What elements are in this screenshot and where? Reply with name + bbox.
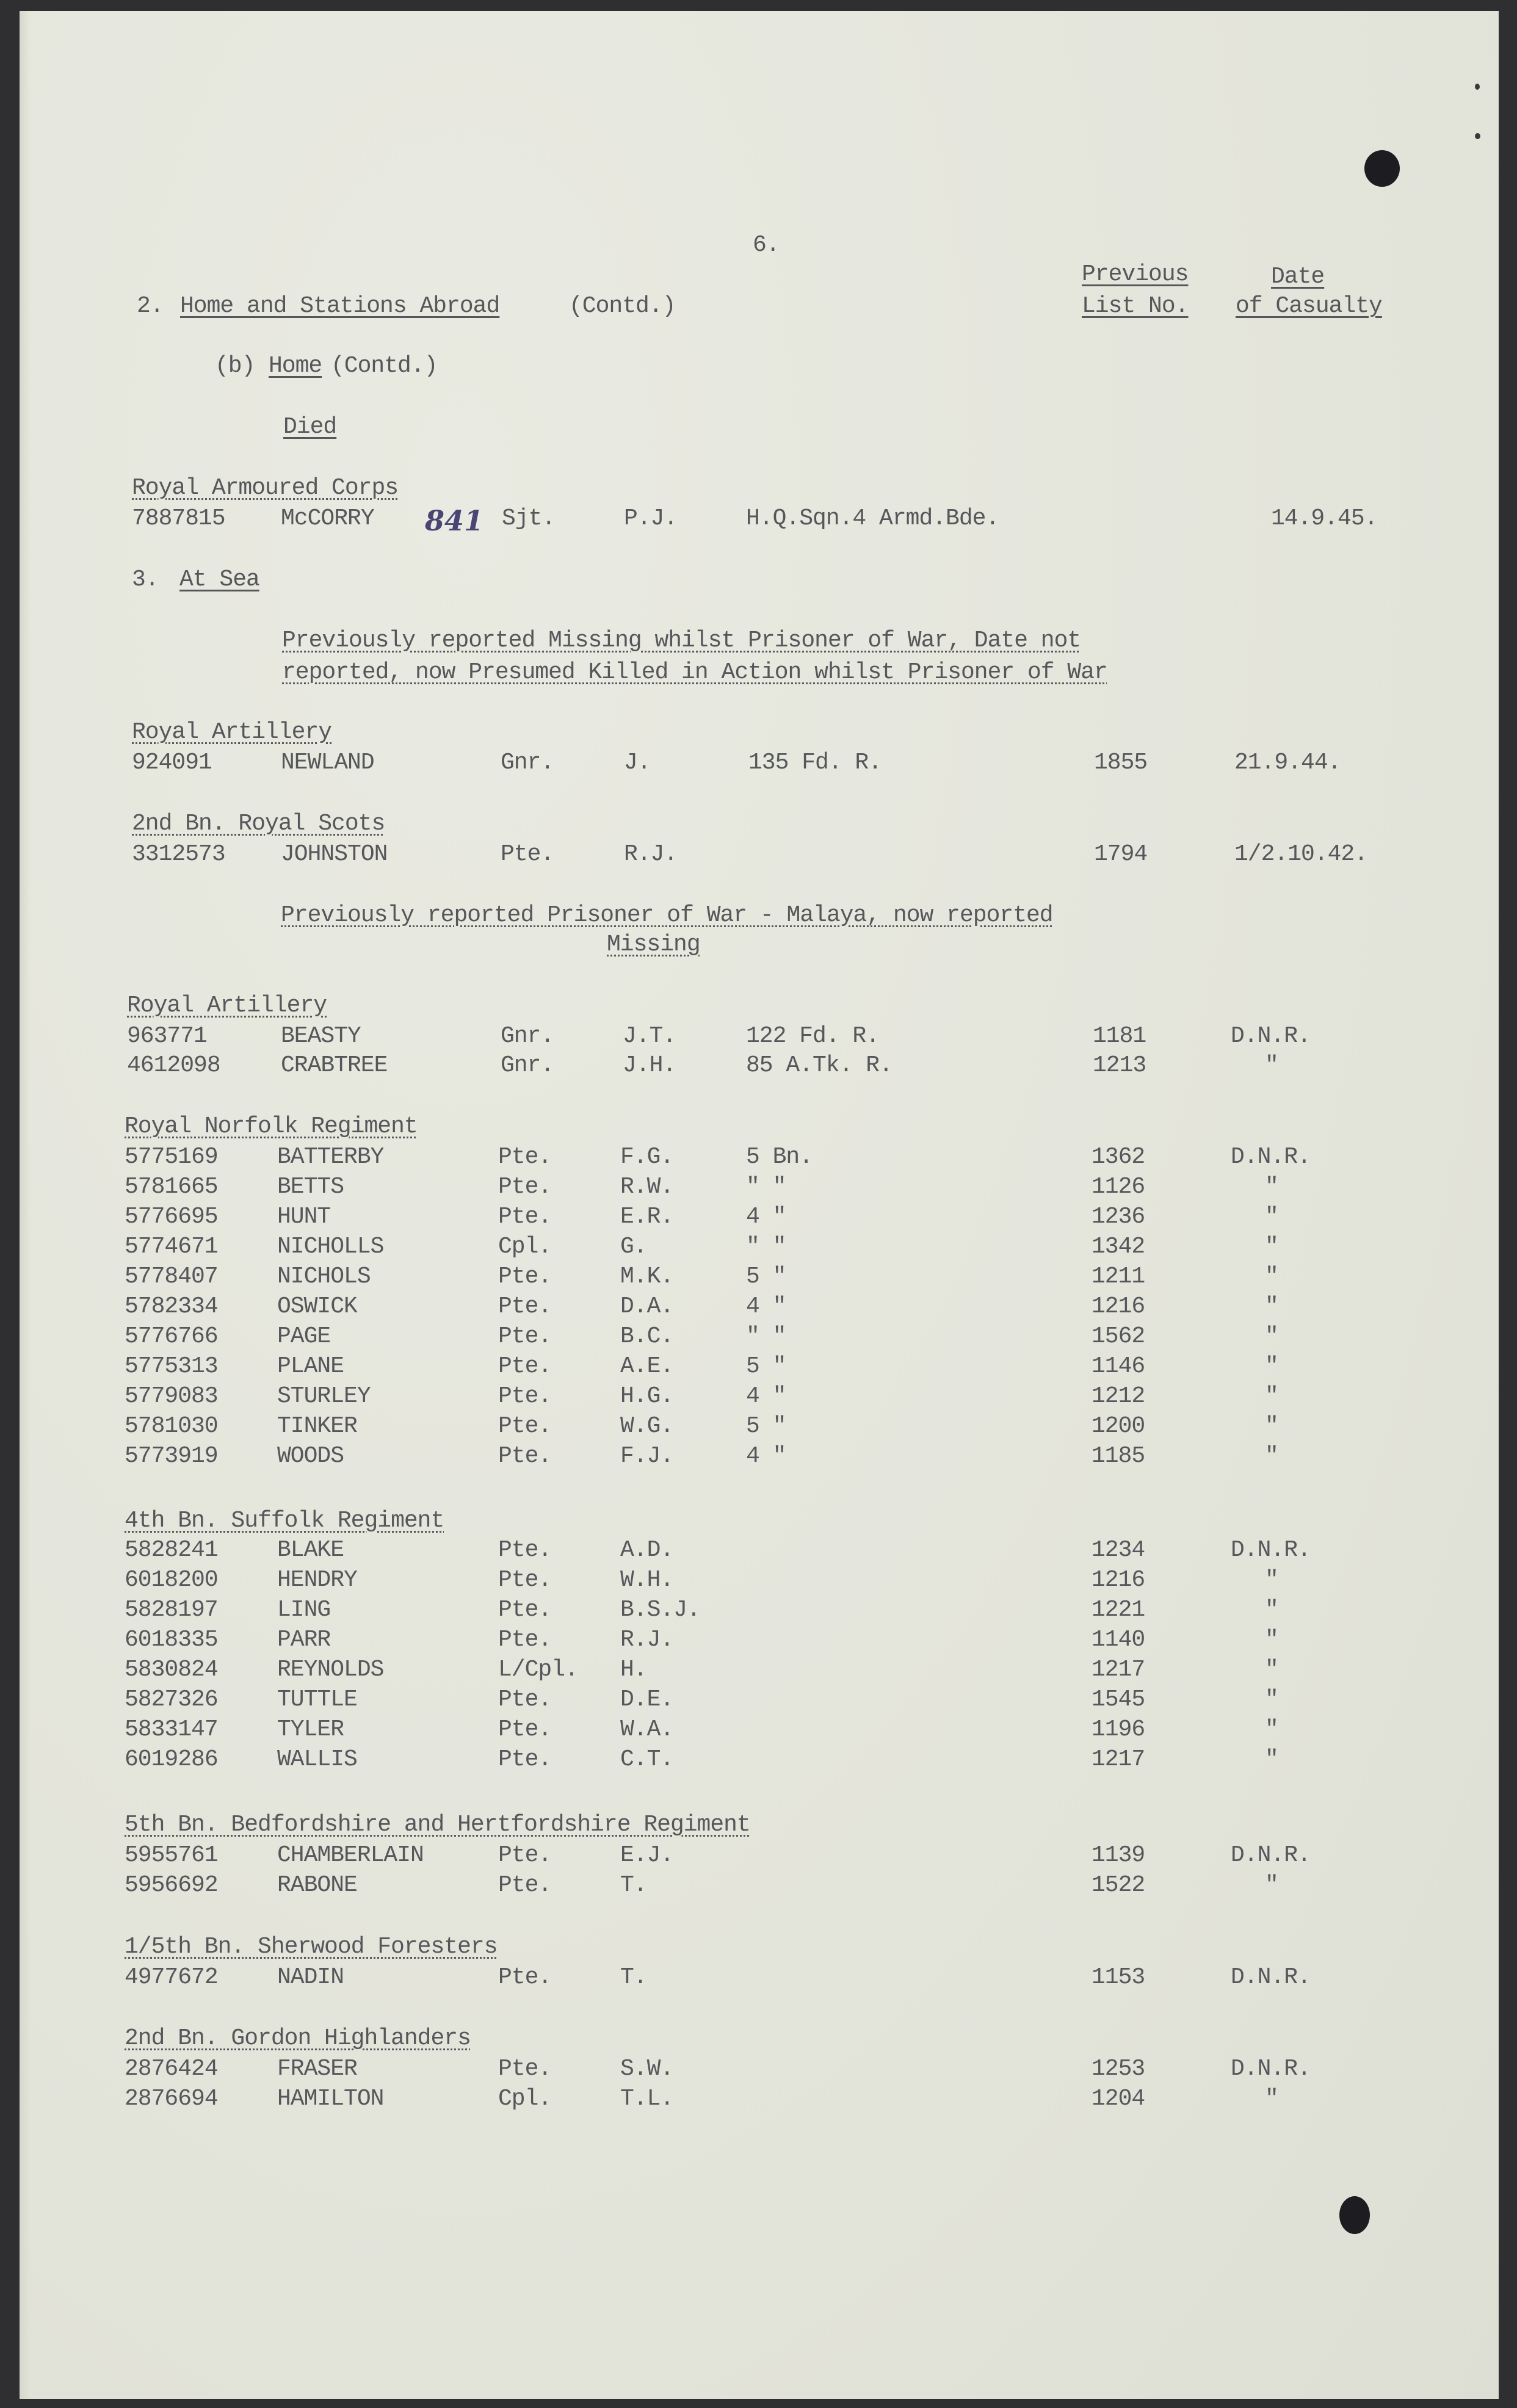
section-title: Home and Stations Abroad (180, 293, 499, 320)
previous-list-no: 1253 (1092, 2056, 1145, 2083)
initials: F.J. (620, 1443, 673, 1470)
rank: Pte. (498, 1872, 551, 1899)
unit-detail: " " (746, 1234, 786, 1260)
unit-heading: 4th Bn. Suffolk Regiment (125, 1508, 444, 1535)
surname: PAGE (277, 1323, 330, 1350)
service-number: 5830824 (125, 1657, 218, 1683)
rank: Pte. (498, 1746, 551, 1773)
rank: Pte. (498, 1323, 551, 1350)
service-number: 5956692 (125, 1872, 218, 1899)
initials: R.W. (620, 1174, 673, 1201)
rank: Pte. (498, 1353, 551, 1380)
casualty-date: 14.9.45. (1271, 505, 1377, 532)
initials: T. (620, 1872, 647, 1899)
casualty-date: " (1265, 1687, 1278, 1713)
unit-detail: 5 Bn. (746, 1144, 813, 1171)
initials: A.D. (620, 1537, 673, 1564)
service-number: 5781030 (125, 1413, 218, 1440)
status-heading: Previously reported Missing whilst Priso… (282, 627, 1081, 654)
service-number: 5782334 (125, 1293, 218, 1320)
service-number: 4977672 (125, 1964, 218, 1991)
rank: L/Cpl. (498, 1657, 578, 1683)
service-number: 5774671 (125, 1234, 218, 1260)
previous-list-no: 1545 (1092, 1687, 1145, 1713)
surname: NADIN (277, 1964, 344, 1991)
section-number: 3. (132, 566, 159, 593)
casualty-date: " (1265, 1204, 1278, 1231)
rank: Gnr. (501, 1052, 554, 1079)
casualty-date: " (1265, 1716, 1278, 1743)
service-number: 2876694 (125, 2086, 218, 2113)
unit-heading: Royal Artillery (132, 719, 331, 746)
table-row: 3312573 JOHNSTON Pte. R.J. 1794 1/2.10.4… (20, 841, 1499, 870)
rank: Gnr. (501, 750, 554, 776)
surname: PARR (277, 1627, 330, 1654)
previous-list-no: 1236 (1092, 1204, 1145, 1231)
rank: Pte. (498, 1716, 551, 1743)
surname: NICHOLS (277, 1264, 371, 1290)
casualty-date: " (1265, 1264, 1278, 1290)
unit-heading: Royal Artillery (127, 992, 327, 1019)
rank: Pte. (498, 1264, 551, 1290)
surname: HAMILTON (277, 2086, 383, 2113)
table-row: 6019286WALLISPte.C.T.1217" (20, 1746, 1499, 1776)
table-row: 4977672NADINPte.T.1153D.N.R. (20, 1964, 1499, 1994)
previous-list-no: 1181 (1093, 1023, 1146, 1050)
rank: Pte. (498, 1537, 551, 1564)
table-row: 963771 BEASTY Gnr. J.T. 122 Fd. R. 1181 … (20, 1023, 1499, 1052)
initials: J. (624, 750, 651, 776)
unit-detail: H.Q.Sqn.4 Armd.Bde. (746, 505, 999, 532)
casualty-date: 21.9.44. (1234, 750, 1341, 776)
surname: FRASER (277, 2056, 357, 2083)
rank: Pte. (498, 1443, 551, 1470)
initials: H. (620, 1657, 647, 1683)
service-number: 4612098 (127, 1052, 220, 1079)
service-number: 5955761 (125, 1842, 218, 1869)
previous-list-no: 1139 (1092, 1842, 1145, 1869)
casualty-date: " (1265, 1234, 1278, 1260)
surname: OSWICK (277, 1293, 357, 1320)
service-number: 5776766 (125, 1323, 218, 1350)
casualty-date: " (1265, 1627, 1278, 1654)
previous-list-no: 1342 (1092, 1234, 1145, 1260)
service-number: 5827326 (125, 1687, 218, 1713)
rank: Pte. (498, 2056, 551, 2083)
previous-list-no: 1522 (1092, 1872, 1145, 1899)
table-row: 5830824REYNOLDSL/Cpl.H.1217" (20, 1657, 1499, 1686)
surname: REYNOLDS (277, 1657, 383, 1683)
surname: WOODS (277, 1443, 344, 1470)
service-number: 5773919 (125, 1443, 218, 1470)
previous-list-no: 1140 (1092, 1627, 1145, 1654)
casualty-date: D.N.R. (1231, 1144, 1311, 1171)
service-number: 5778407 (125, 1264, 218, 1290)
handwritten-note: 841 (425, 504, 483, 537)
unit-detail: " " (746, 1323, 786, 1350)
status-heading: Missing (607, 931, 700, 958)
ink-speck (1475, 84, 1480, 90)
previous-list-no: 1196 (1092, 1716, 1145, 1743)
service-number: 924091 (132, 750, 212, 776)
previous-list-no: 1794 (1094, 841, 1147, 868)
casualty-date: D.N.R. (1231, 1964, 1311, 1991)
punch-hole-bottom (1339, 2196, 1370, 2234)
previous-list-no: 1126 (1092, 1174, 1145, 1201)
initials: D.A. (620, 1293, 673, 1320)
table-row: 6018200HENDRYPte.W.H.1216" (20, 1567, 1499, 1596)
rank: Gnr. (501, 1023, 554, 1050)
rank: Pte. (498, 1597, 551, 1624)
subsection-suffix: (Contd.) (331, 353, 437, 380)
casualty-date: " (1265, 1657, 1278, 1683)
unit-heading: 1/5th Bn. Sherwood Foresters (125, 1934, 498, 1961)
unit-detail: 5 " (746, 1353, 786, 1380)
service-number: 5828241 (125, 1537, 218, 1564)
initials: S.W. (620, 2056, 673, 2083)
service-number: 6018200 (125, 1567, 218, 1594)
previous-list-no: 1855 (1094, 750, 1147, 776)
service-number: 5828197 (125, 1597, 218, 1624)
casualty-date: 1/2.10.42. (1234, 841, 1367, 868)
table-row: 6018335PARRPte.R.J.1140" (20, 1627, 1499, 1656)
service-number: 963771 (127, 1023, 207, 1050)
surname: STURLEY (277, 1383, 371, 1410)
previous-list-no: 1146 (1092, 1353, 1145, 1380)
surname: McCORRY (281, 505, 374, 532)
table-row: 2876694HAMILTONCpl.T.L.1204" (20, 2086, 1499, 2115)
initials: B.S.J. (620, 1597, 700, 1624)
table-row: 5776695HUNTPte.E.R.4 "1236" (20, 1204, 1499, 1233)
service-number: 5776695 (125, 1204, 218, 1231)
section-title: At Sea (179, 566, 259, 593)
previous-list-no: 1217 (1092, 1746, 1145, 1773)
table-row: 5781665BETTSPte.R.W." "1126" (20, 1174, 1499, 1203)
initials: B.C. (620, 1323, 673, 1350)
previous-list-no: 1234 (1092, 1537, 1145, 1564)
initials: G. (620, 1234, 647, 1260)
previous-list-no: 1216 (1092, 1293, 1145, 1320)
casualty-date: " (1265, 1293, 1278, 1320)
initials: T.L. (620, 2086, 673, 2113)
rank: Pte. (498, 1293, 551, 1320)
initials: F.G. (620, 1144, 673, 1171)
surname: CHAMBERLAIN (277, 1842, 424, 1869)
surname: BLAKE (277, 1537, 344, 1564)
table-row: 4612098 CRABTREE Gnr. J.H. 85 A.Tk. R. 1… (20, 1052, 1499, 1082)
initials: P.J. (624, 505, 677, 532)
unit-detail: 4 " (746, 1204, 786, 1231)
service-number: 5775313 (125, 1353, 218, 1380)
initials: H.G. (620, 1383, 673, 1410)
table-row: 7887815 McCORRY 841 Sjt. P.J. H.Q.Sqn.4 … (20, 505, 1499, 535)
rank: Pte. (498, 1204, 551, 1231)
service-number: 2876424 (125, 2056, 218, 2083)
page-number: 6. (753, 232, 780, 259)
died-heading: Died (283, 414, 336, 441)
previous-list-no: 1213 (1093, 1052, 1146, 1079)
table-row: 5827326TUTTLEPte.D.E.1545" (20, 1687, 1499, 1716)
status-heading: Previously reported Prisoner of War - Ma… (281, 902, 1053, 929)
status-heading: reported, now Presumed Killed in Action … (282, 659, 1107, 686)
table-row: 5774671NICHOLLSCpl.G." "1342" (20, 1234, 1499, 1263)
rank: Cpl. (498, 1234, 551, 1260)
initials: R.J. (624, 841, 677, 868)
rank: Pte. (498, 1413, 551, 1440)
casualty-date: " (1265, 1052, 1278, 1079)
casualty-date: " (1265, 1597, 1278, 1624)
casualty-date: D.N.R. (1231, 1537, 1311, 1564)
initials: J.T. (623, 1023, 676, 1050)
ink-speck (1475, 133, 1480, 139)
casualty-date: " (1265, 1443, 1278, 1470)
table-row: 5956692RABONEPte.T.1522" (20, 1872, 1499, 1901)
col-header-previous: Previous (1082, 261, 1188, 288)
surname: NICHOLLS (277, 1234, 383, 1260)
rank: Pte. (498, 1842, 551, 1869)
previous-list-no: 1153 (1092, 1964, 1145, 1991)
previous-list-no: 1212 (1092, 1383, 1145, 1410)
surname: CRABTREE (281, 1052, 387, 1079)
previous-list-no: 1200 (1092, 1413, 1145, 1440)
surname: HUNT (277, 1204, 330, 1231)
rank: Pte. (501, 841, 554, 868)
surname: JOHNSTON (281, 841, 387, 868)
casualty-date: " (1265, 2086, 1278, 2113)
table-row: 5773919WOODSPte.F.J.4 "1185" (20, 1443, 1499, 1472)
previous-list-no: 1211 (1092, 1264, 1145, 1290)
casualty-date: " (1265, 1872, 1278, 1899)
rank: Sjt. (502, 505, 555, 532)
punch-hole-top (1364, 150, 1400, 187)
surname: TINKER (277, 1413, 357, 1440)
rank: Pte. (498, 1144, 551, 1171)
col-header-listno: List No. (1082, 293, 1188, 320)
document-page: 6. 2. Home and Stations Abroad (Contd.) … (20, 11, 1499, 2399)
subsection-label: (b) (215, 353, 255, 380)
surname: TUTTLE (277, 1687, 357, 1713)
initials: R.J. (620, 1627, 673, 1654)
service-number: 6018335 (125, 1627, 218, 1654)
initials: W.H. (620, 1567, 673, 1594)
subsection-title: Home (269, 353, 322, 380)
initials: J.H. (623, 1052, 676, 1079)
surname: NEWLAND (281, 750, 374, 776)
previous-list-no: 1562 (1092, 1323, 1145, 1350)
table-row: 5955761CHAMBERLAINPte.E.J.1139D.N.R. (20, 1842, 1499, 1871)
unit-heading: Royal Norfolk Regiment (125, 1113, 418, 1140)
initials: M.K. (620, 1264, 673, 1290)
unit-detail: " " (746, 1174, 786, 1201)
unit-heading: 2nd Bn. Royal Scots (132, 811, 385, 837)
table-row: 5779083STURLEYPte.H.G.4 "1212" (20, 1383, 1499, 1412)
casualty-date: " (1265, 1383, 1278, 1410)
unit-detail: 5 " (746, 1264, 786, 1290)
initials: A.E. (620, 1353, 673, 1380)
table-row: 5781030TINKERPte.W.G.5 "1200" (20, 1413, 1499, 1442)
initials: E.R. (620, 1204, 673, 1231)
rank: Pte. (498, 1567, 551, 1594)
casualty-date: " (1265, 1567, 1278, 1594)
col-header-date: Date (1271, 264, 1324, 291)
table-row: 5782334OSWICKPte.D.A.4 "1216" (20, 1293, 1499, 1323)
service-number: 5833147 (125, 1716, 218, 1743)
table-row: 5828241BLAKEPte.A.D.1234D.N.R. (20, 1537, 1499, 1566)
rank: Pte. (498, 1383, 551, 1410)
table-row: 5775313PLANEPte.A.E.5 "1146" (20, 1353, 1499, 1383)
rank: Pte. (498, 1964, 551, 1991)
initials: W.A. (620, 1716, 673, 1743)
col-header-of-casualty: of Casualty (1236, 293, 1382, 320)
rank: Pte. (498, 1687, 551, 1713)
previous-list-no: 1362 (1092, 1144, 1145, 1171)
casualty-date: " (1265, 1353, 1278, 1380)
unit-detail: 4 " (746, 1383, 786, 1410)
service-number: 7887815 (132, 505, 225, 532)
surname: BEASTY (281, 1023, 361, 1050)
service-number: 5781665 (125, 1174, 218, 1201)
casualty-date: " (1265, 1174, 1278, 1201)
table-row: 5776766PAGEPte.B.C." "1562" (20, 1323, 1499, 1353)
casualty-date: " (1265, 1746, 1278, 1773)
surname: TYLER (277, 1716, 344, 1743)
surname: WALLIS (277, 1746, 357, 1773)
unit-detail: 4 " (746, 1443, 786, 1470)
table-row: 2876424FRASERPte.S.W.1253D.N.R. (20, 2056, 1499, 2085)
surname: RABONE (277, 1872, 357, 1899)
initials: W.G. (620, 1413, 673, 1440)
previous-list-no: 1185 (1092, 1443, 1145, 1470)
section-number: 2. (137, 293, 164, 320)
initials: D.E. (620, 1687, 673, 1713)
casualty-date: D.N.R. (1231, 1842, 1311, 1869)
surname: HENDRY (277, 1567, 357, 1594)
casualty-date: D.N.R. (1231, 2056, 1311, 2083)
service-number: 3312573 (132, 841, 225, 868)
surname: LING (277, 1597, 330, 1624)
table-row: 5833147TYLERPte.W.A.1196" (20, 1716, 1499, 1746)
unit-heading: 2nd Bn. Gordon Highlanders (125, 2025, 471, 2052)
rank: Pte. (498, 1627, 551, 1654)
previous-list-no: 1217 (1092, 1657, 1145, 1683)
previous-list-no: 1221 (1092, 1597, 1145, 1624)
section-suffix: (Contd.) (569, 293, 675, 320)
previous-list-no: 1204 (1092, 2086, 1145, 2113)
casualty-date: " (1265, 1323, 1278, 1350)
surname: PLANE (277, 1353, 344, 1380)
initials: E.J. (620, 1842, 673, 1869)
unit-heading: Royal Armoured Corps (132, 475, 398, 502)
rank: Cpl. (498, 2086, 551, 2113)
service-number: 5779083 (125, 1383, 218, 1410)
unit-detail: 5 " (746, 1413, 786, 1440)
initials: T. (620, 1964, 647, 1991)
surname: BATTERBY (277, 1144, 383, 1171)
casualty-date: D.N.R. (1231, 1023, 1311, 1050)
unit-detail: 4 " (746, 1293, 786, 1320)
service-number: 5775169 (125, 1144, 218, 1171)
surname: BETTS (277, 1174, 344, 1201)
table-row: 5778407NICHOLSPte.M.K.5 "1211" (20, 1264, 1499, 1293)
rank: Pte. (498, 1174, 551, 1201)
previous-list-no: 1216 (1092, 1567, 1145, 1594)
initials: C.T. (620, 1746, 673, 1773)
service-number: 6019286 (125, 1746, 218, 1773)
table-row: 924091 NEWLAND Gnr. J. 135 Fd. R. 1855 2… (20, 750, 1499, 779)
table-row: 5775169BATTERBYPte.F.G.5 Bn.1362D.N.R. (20, 1144, 1499, 1173)
table-row: 5828197LINGPte.B.S.J.1221" (20, 1597, 1499, 1626)
unit-detail: 85 A.Tk. R. (746, 1052, 892, 1079)
unit-detail: 122 Fd. R. (746, 1023, 879, 1050)
unit-heading: 5th Bn. Bedfordshire and Hertfordshire R… (125, 1812, 750, 1839)
unit-detail: 135 Fd. R. (748, 750, 882, 776)
casualty-date: " (1265, 1413, 1278, 1440)
